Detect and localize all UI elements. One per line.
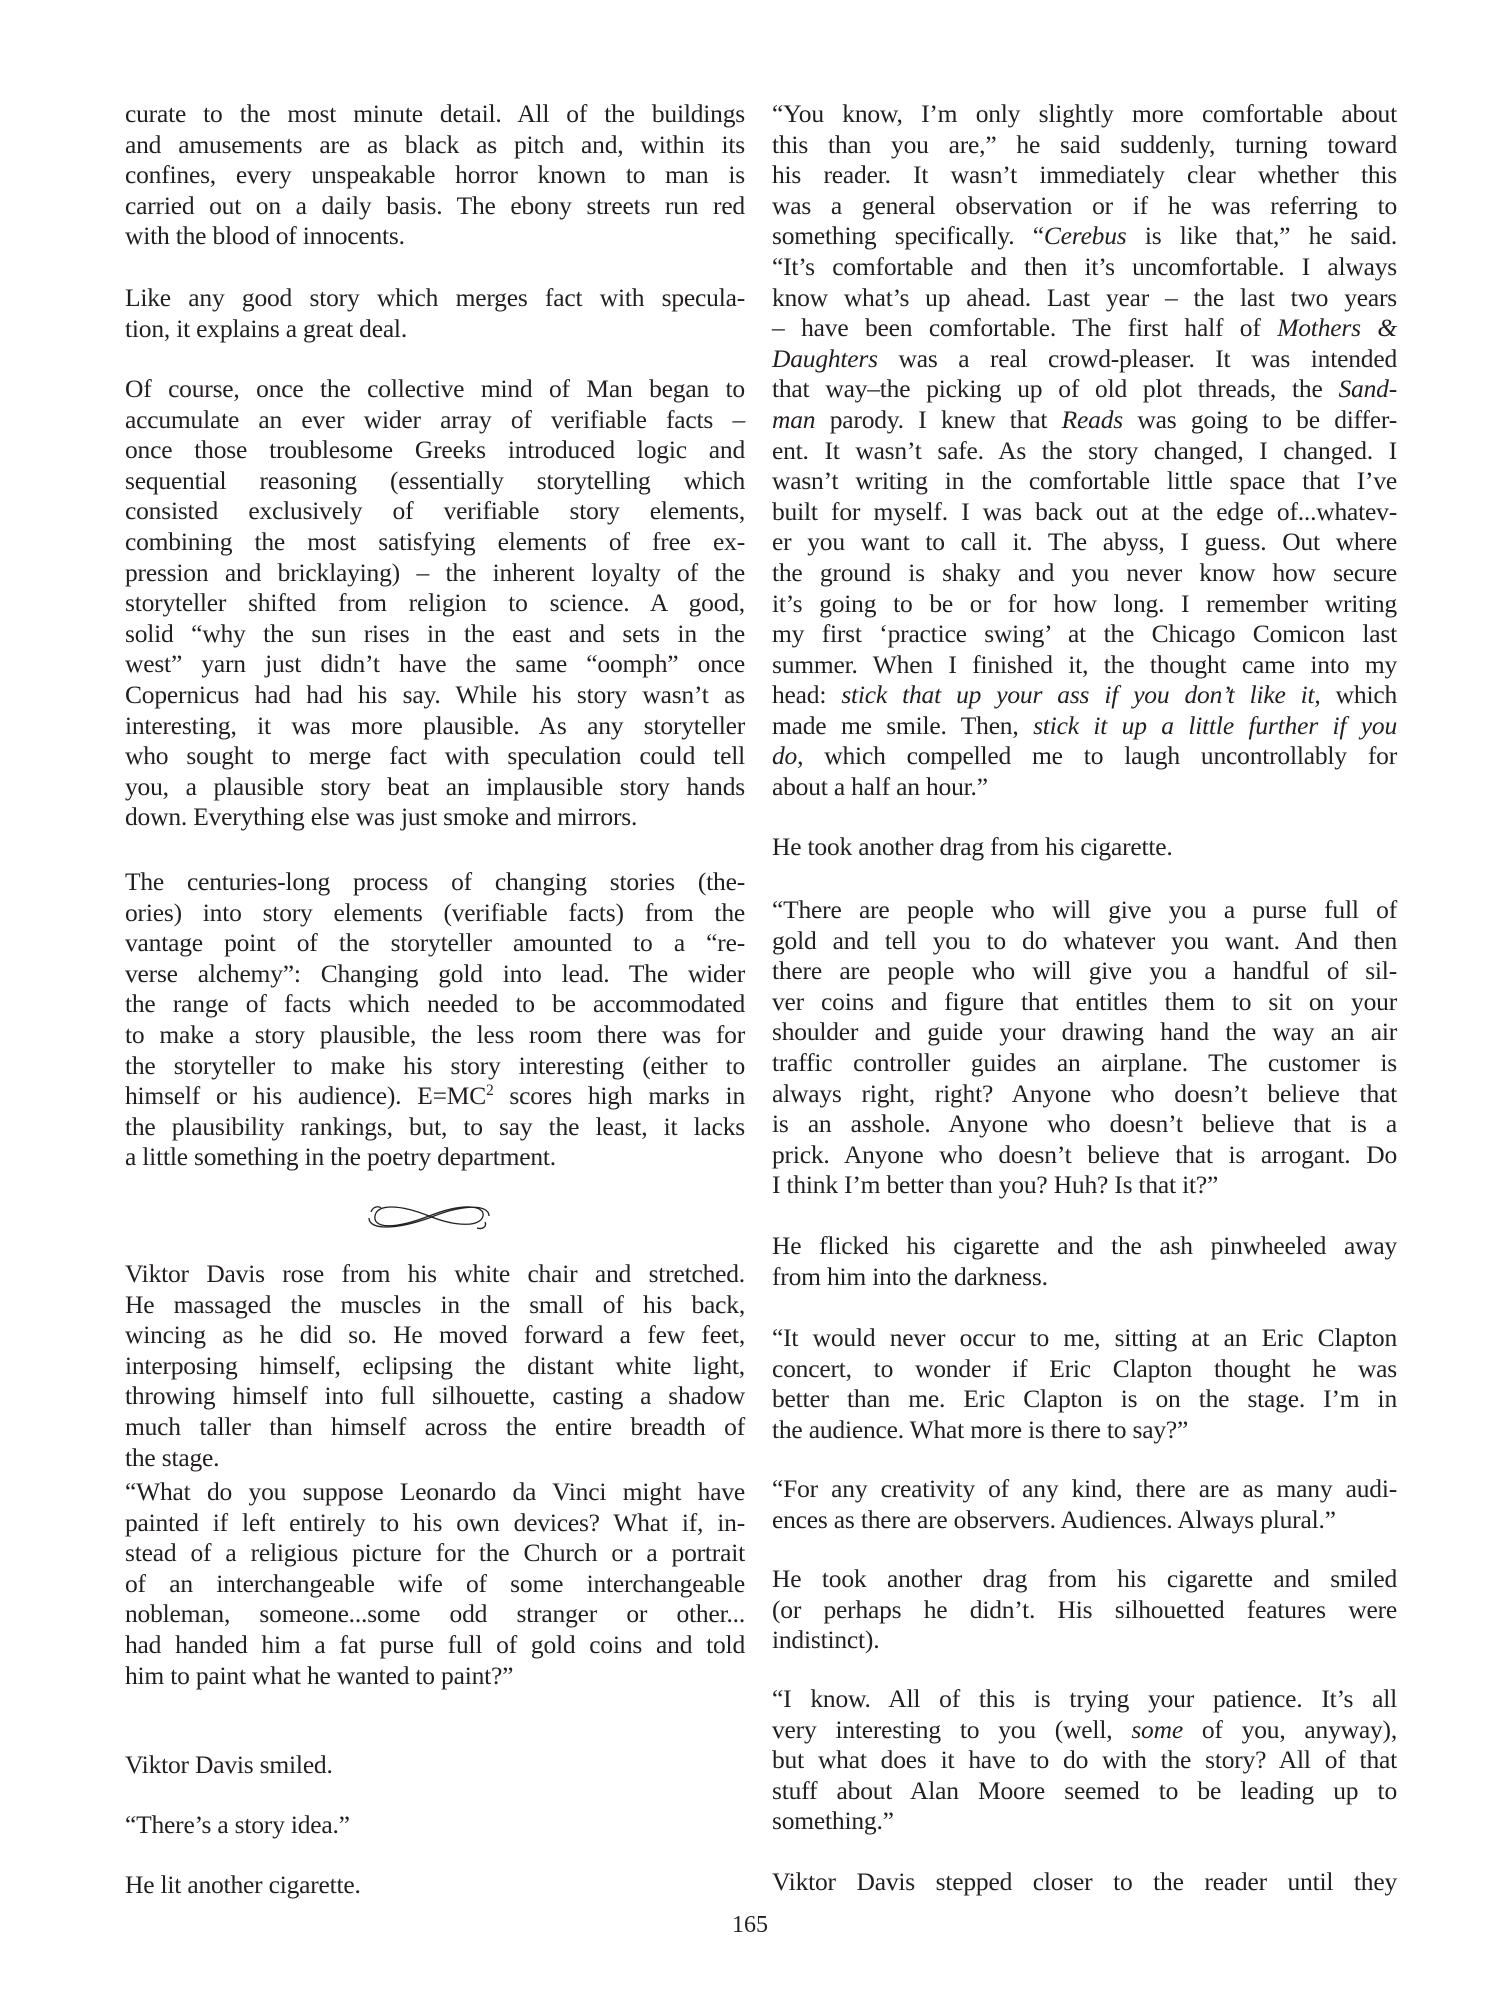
text-line: always right, right? Anyone who doesn’t …: [772, 1079, 1397, 1110]
text-line: He lit another cigarette.: [125, 1870, 745, 1901]
text-line: er you want to call it. The abyss, I gue…: [772, 527, 1397, 558]
text-line: a little something in the poetry departm…: [125, 1142, 745, 1173]
text-line: “It’s comfortable and then it’s uncomfor…: [772, 252, 1397, 283]
text-line: “For any creativity of any kind, there a…: [772, 1474, 1397, 1505]
text-line: him to paint what he wanted to paint?”: [125, 1661, 745, 1692]
text-line: the range of facts which needed to be ac…: [125, 989, 745, 1020]
text-line: He took another drag from his cigarette …: [772, 1564, 1397, 1595]
text-line: you, a plausible story beat an implausib…: [125, 772, 745, 803]
paragraph: “I know. All of this is trying your pati…: [772, 1684, 1397, 1837]
italic-text: stick it up a little further if you: [1033, 711, 1397, 740]
text-line: much taller than himself across the enti…: [125, 1412, 745, 1443]
text-line: wasn’t writing in the comfortable little…: [772, 466, 1397, 497]
text-line: ories) into story elements (verifiable f…: [125, 898, 745, 929]
text-line: shoulder and guide your drawing hand the…: [772, 1017, 1397, 1048]
text-line: solid “why the sun rises in the east and…: [125, 619, 745, 650]
italic-text: Mothers &: [1277, 313, 1397, 342]
paragraph: Viktor Davis rose from his white chair a…: [125, 1259, 745, 1473]
text-line: that way–the picking up of old plot thre…: [772, 374, 1397, 405]
text-line: ences as there are observers. Audiences.…: [772, 1505, 1397, 1536]
paragraph: Like any good story which merges fact wi…: [125, 283, 745, 344]
text-line: Like any good story which merges fact wi…: [125, 283, 745, 314]
text-line: accumulate an ever wider array of verifi…: [125, 405, 745, 436]
text-span: parody. I knew that: [815, 405, 1061, 434]
text-line: very interesting to you (well, some of y…: [772, 1715, 1397, 1746]
text-line: the storyteller to make his story intere…: [125, 1051, 745, 1082]
text-line: built for myself. I was back out at the …: [772, 497, 1397, 528]
text-line: consisted exclusively of verifiable stor…: [125, 496, 745, 527]
text-line: stuff about Alan Moore seemed to be lead…: [772, 1776, 1397, 1807]
italic-text: some: [1131, 1715, 1183, 1744]
text-line: He flicked his cigarette and the ash pin…: [772, 1231, 1397, 1262]
text-line: head: stick that up your ass if you don’…: [772, 680, 1397, 711]
paragraph: He took another drag from his cigarette.: [772, 832, 1397, 863]
text-line: there are people who will give you a han…: [772, 956, 1397, 987]
paragraph: “What do you suppose Leonardo da Vinci m…: [125, 1477, 745, 1691]
page-number: 165: [0, 1912, 1500, 1939]
italic-text: Reads: [1062, 405, 1123, 434]
text-line: stead of a religious picture for the Chu…: [125, 1538, 745, 1569]
text-line: “What do you suppose Leonardo da Vinci m…: [125, 1477, 745, 1508]
text-line: (or perhaps he didn’t. His silhouetted f…: [772, 1595, 1397, 1626]
text-span: was going to be differ-: [1123, 405, 1397, 434]
text-span: of you, anyway),: [1183, 1715, 1397, 1744]
paragraph: The centuries-long process of changing s…: [125, 867, 745, 1173]
text-line: the ground is shaky and you never know h…: [772, 558, 1397, 589]
paragraph: Of course, once the collective mind of M…: [125, 374, 745, 833]
paragraph: Viktor Davis stepped closer to the reade…: [772, 1867, 1397, 1898]
italic-text: Cerebus: [1044, 221, 1127, 250]
text-line: prick. Anyone who doesn’t believe that i…: [772, 1140, 1397, 1171]
paragraph: “There are people who will give you a pu…: [772, 895, 1397, 1201]
text-line: “It would never occur to me, sitting at …: [772, 1323, 1397, 1354]
paragraph: He flicked his cigarette and the ash pin…: [772, 1231, 1397, 1292]
text-line: Copernicus had had his say. While his st…: [125, 680, 745, 711]
paragraph: Viktor Davis smiled.: [125, 1750, 745, 1781]
text-span: was a real crowd-pleaser. It was intende…: [878, 344, 1397, 373]
text-line: know what’s up ahead. Last year – the la…: [772, 283, 1397, 314]
text-line: Viktor Davis rose from his white chair a…: [125, 1259, 745, 1290]
text-line: is an asshole. Anyone who doesn’t believ…: [772, 1109, 1397, 1140]
text-line: ver coins and figure that entitles them …: [772, 987, 1397, 1018]
text-line: to make a story plausible, the less room…: [125, 1020, 745, 1051]
text-line: something.”: [772, 1806, 1397, 1837]
italic-text: stick that up your ass if you don’t like…: [841, 680, 1314, 709]
infinity-flourish-icon: [365, 1196, 493, 1236]
text-span: very interesting to you (well,: [772, 1715, 1131, 1744]
text-span: is like that,” he said.: [1127, 221, 1398, 250]
text-line: my first ‘practice swing’ at the Chicago…: [772, 619, 1397, 650]
paragraph: “It would never occur to me, sitting at …: [772, 1323, 1397, 1445]
italic-text: Daughters: [772, 344, 878, 373]
text-line: the stage.: [125, 1443, 745, 1474]
text-line: ent. It wasn’t safe. As the story change…: [772, 436, 1397, 467]
paragraph: “There’s a story idea.”: [125, 1810, 745, 1841]
text-line: pression and bricklaying) – the inherent…: [125, 558, 745, 589]
text-line: himself or his audience). E=MC2 scores h…: [125, 1081, 745, 1112]
text-line: interesting, it was more plausible. As a…: [125, 711, 745, 742]
text-line: “I know. All of this is trying your pati…: [772, 1684, 1397, 1715]
text-span: – have been comfortable. The first half …: [772, 313, 1277, 342]
text-line: gold and tell you to do whatever you wan…: [772, 926, 1397, 957]
text-line: but what does it have to do with the sto…: [772, 1745, 1397, 1776]
paragraph: curate to the most minute detail. All of…: [125, 99, 745, 252]
text-line: man parody. I knew that Reads was going …: [772, 405, 1397, 436]
text-span: that way–the picking up of old plot thre…: [772, 374, 1339, 403]
text-line: He took another drag from his cigarette.: [772, 832, 1397, 863]
text-line: Viktor Davis smiled.: [125, 1750, 745, 1781]
text-line: who sought to merge fact with speculatio…: [125, 741, 745, 772]
text-line: storyteller shifted from religion to sci…: [125, 588, 745, 619]
text-line: was a general observation or if he was r…: [772, 191, 1397, 222]
text-line: carried out on a daily basis. The ebony …: [125, 191, 745, 222]
text-line: made me smile. Then, stick it up a littl…: [772, 711, 1397, 742]
text-line: summer. When I finished it, the thought …: [772, 650, 1397, 681]
text-line: with the blood of innocents.: [125, 221, 745, 252]
text-line: verse alchemy”: Changing gold into lead.…: [125, 959, 745, 990]
italic-text: man: [772, 405, 815, 434]
text-line: down. Everything else was just smoke and…: [125, 802, 745, 833]
text-line: do, which compelled me to laugh uncontro…: [772, 741, 1397, 772]
text-line: I think I’m better than you? Huh? Is tha…: [772, 1170, 1397, 1201]
text-line: Viktor Davis stepped closer to the reade…: [772, 1867, 1397, 1898]
italic-text: do: [772, 741, 797, 770]
text-line: and amusements are as black as pitch and…: [125, 130, 745, 161]
paragraph: “For any creativity of any kind, there a…: [772, 1474, 1397, 1535]
text-span: , which: [1314, 680, 1397, 709]
text-line: confines, every unspeakable horror known…: [125, 160, 745, 191]
text-line: once those troublesome Greeks introduced…: [125, 435, 745, 466]
text-line: tion, it explains a great deal.: [125, 314, 745, 345]
paragraph: “You know, I’m only slightly more comfor…: [772, 99, 1397, 803]
text-line: “There’s a story idea.”: [125, 1810, 745, 1841]
text-line: concert, to wonder if Eric Clapton thoug…: [772, 1354, 1397, 1385]
text-line: He massaged the muscles in the small of …: [125, 1290, 745, 1321]
text-line: “There are people who will give you a pu…: [772, 895, 1397, 926]
text-span: himself or his audience). E=MC: [125, 1081, 486, 1110]
text-line: sequential reasoning (essentially storyt…: [125, 466, 745, 497]
text-line: combining the most satisfying elements o…: [125, 527, 745, 558]
text-line: about a half an hour.”: [772, 772, 1397, 803]
text-line: indistinct).: [772, 1625, 1397, 1656]
text-line: this than you are,” he said suddenly, tu…: [772, 130, 1397, 161]
text-line: better than me. Eric Clapton is on the s…: [772, 1384, 1397, 1415]
text-line: had handed him a fat purse full of gold …: [125, 1630, 745, 1661]
text-span: scores high marks in: [494, 1081, 745, 1110]
italic-text: Sand-: [1339, 374, 1398, 403]
text-span: made me smile. Then,: [772, 711, 1033, 740]
book-page: curate to the most minute detail. All of…: [0, 0, 1500, 2000]
text-line: his reader. It wasn’t immediately clear …: [772, 160, 1397, 191]
text-line: throwing himself into full silhouette, c…: [125, 1381, 745, 1412]
text-line: something specifically. “Cerebus is like…: [772, 221, 1397, 252]
text-span: , which compelled me to laugh uncontroll…: [797, 741, 1397, 770]
text-line: west” yarn just didn’t have the same “oo…: [125, 649, 745, 680]
paragraph: He lit another cigarette.: [125, 1870, 745, 1901]
text-line: “You know, I’m only slightly more comfor…: [772, 99, 1397, 130]
text-line: painted if left entirely to his own devi…: [125, 1508, 745, 1539]
paragraph: He took another drag from his cigarette …: [772, 1564, 1397, 1656]
superscript: 2: [486, 1082, 493, 1099]
text-line: the plausibility rankings, but, to say t…: [125, 1112, 745, 1143]
text-line: wincing as he did so. He moved forward a…: [125, 1320, 745, 1351]
text-line: from him into the darkness.: [772, 1262, 1397, 1293]
text-span: head:: [772, 680, 841, 709]
text-line: nobleman, someone...some odd stranger or…: [125, 1599, 745, 1630]
text-line: vantage point of the storyteller amounte…: [125, 928, 745, 959]
text-line: interposing himself, eclipsing the dista…: [125, 1351, 745, 1382]
text-line: – have been comfortable. The first half …: [772, 313, 1397, 344]
text-span: something specifically. “: [772, 221, 1044, 250]
text-line: The centuries-long process of changing s…: [125, 867, 745, 898]
text-line: Daughters was a real crowd-pleaser. It w…: [772, 344, 1397, 375]
text-line: Of course, once the collective mind of M…: [125, 374, 745, 405]
text-line: of an interchangeable wife of some inter…: [125, 1569, 745, 1600]
text-line: curate to the most minute detail. All of…: [125, 99, 745, 130]
text-line: traffic controller guides an airplane. T…: [772, 1048, 1397, 1079]
text-line: it’s going to be or for how long. I reme…: [772, 589, 1397, 620]
text-line: the audience. What more is there to say?…: [772, 1415, 1397, 1446]
